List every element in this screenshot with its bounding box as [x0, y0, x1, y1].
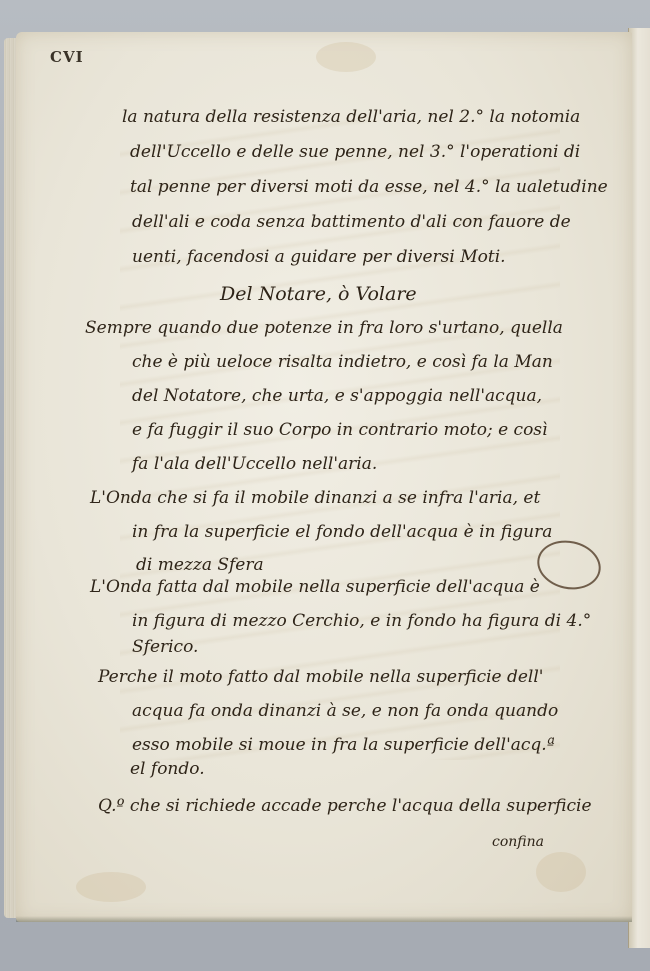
text-line: el fondo.	[130, 759, 205, 779]
text-line: la natura della resistenza dell'aria, ne…	[122, 107, 580, 127]
text-line: che è più ueloce risalta indietro, e cos…	[132, 352, 553, 372]
text-line: acqua fa onda dinanzi à se, e non fa ond…	[132, 701, 558, 721]
text-line: e fa fuggir il suo Corpo in contrario mo…	[132, 420, 547, 440]
text-line: Perche il moto fatto dal mobile nella su…	[98, 667, 543, 687]
text-line: Q.º che si richiede accade perche l'acqu…	[98, 796, 592, 816]
text-line: dell'ali e coda senza battimento d'ali c…	[132, 212, 571, 232]
text-line: uenti, facendosi a guidare per diversi M…	[132, 247, 506, 267]
catchword: confina	[492, 834, 544, 850]
text-line: fa l'ala dell'Uccello nell'aria.	[132, 454, 377, 474]
text-line: di mezza Sfera	[136, 555, 264, 575]
text-line: in figura di mezzo Cerchio, e in fondo h…	[132, 611, 591, 631]
text-line: Sempre quando due potenze in fra loro s'…	[85, 318, 563, 338]
text-line: esso mobile si moue in fra la superficie…	[132, 735, 555, 755]
text-line: in fra la superficie el fondo dell'acqua…	[132, 522, 552, 542]
text-line: L'Onda fatta dal mobile nella superficie…	[90, 577, 540, 597]
text-line: del Notatore, che urta, e s'appoggia nel…	[132, 386, 542, 406]
text-line: Sferico.	[132, 637, 198, 657]
text-line: L'Onda che si fa il mobile dinanzi a se …	[90, 488, 540, 508]
text-line: tal penne per diversi moti da esse, nel …	[130, 177, 608, 197]
text-line: dell'Uccello e delle sue penne, nel 3.° …	[130, 142, 580, 162]
section-heading: Del Notare, ò Volare	[220, 283, 417, 305]
manuscript-text: la natura della resistenza dell'aria, ne…	[0, 0, 650, 971]
